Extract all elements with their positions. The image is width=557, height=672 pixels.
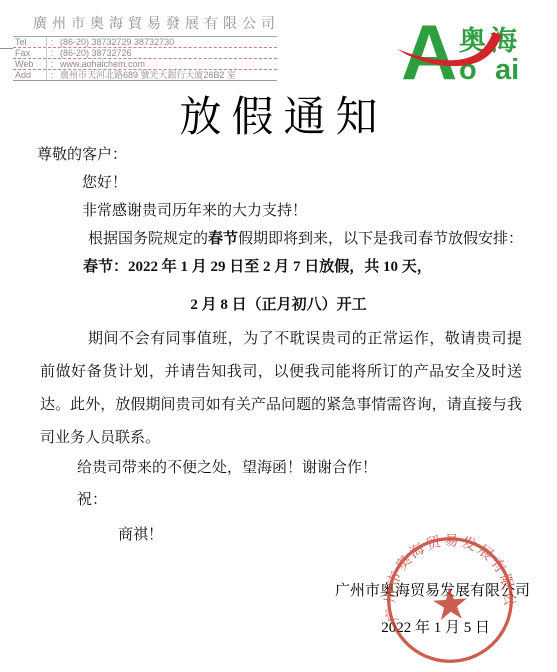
apology-line: 给贵司带来的不便之处，望海函！谢谢合作！	[77, 456, 377, 477]
notice-title: 放假通知	[0, 84, 557, 144]
notice-paragraph: 期间不会有同事值班，为了不耽误贵司的正常运作，敬请贵司提前做好备货计划，并请告知…	[40, 323, 522, 455]
logo-letter-a: A	[401, 8, 457, 89]
colon: :	[47, 37, 57, 47]
contact-row-fax: Fax : (86-20) 38732726	[13, 48, 277, 59]
company-seal-stamp-icon: 广州市奥海贸易发展有限公司 ★	[378, 528, 521, 671]
colon: :	[47, 48, 57, 58]
contact-table: Tel : (86-20) 38732729 38732730 Fax : (8…	[13, 36, 277, 81]
tel-value: (86-20) 38732729 38732730	[57, 37, 277, 47]
web-value: www.aohaichem.com	[57, 59, 277, 69]
greeting-line: 您好！	[82, 171, 127, 192]
thanks-line: 非常感谢贵司历年来的大力支持！	[82, 199, 307, 220]
seal-arc-text: 广州市奥海贸易发展有限公司	[378, 528, 519, 624]
add-label: Add	[13, 70, 47, 80]
contact-row-add: Add : 廣州市天河北路689 號光大銀行大廈26B2 室	[13, 70, 277, 81]
letterhead-company-name: 廣州市奧海貿易發展有限公司	[33, 13, 280, 33]
salutation-line: 尊敬的客户：	[37, 143, 127, 164]
contact-row-web: Web : www.aohaichem.com	[13, 59, 277, 70]
intro-suffix: 假期即将到来，以下是我司春节放假安排：	[238, 231, 523, 247]
page-margin-mark	[0, 48, 13, 49]
holiday-dates-line: 春节：2022 年 1 月 29 日至 2 月 7 日放假，共 10 天，	[83, 255, 432, 276]
signature-date: 2022 年 1 月 5 日	[381, 616, 490, 637]
signature-company-name: 广州市奥海贸易发展有限公司	[335, 579, 530, 600]
fax-value: (86-20) 38732726	[57, 48, 277, 58]
colon: :	[47, 70, 57, 80]
tel-label: Tel	[13, 37, 47, 47]
colon: :	[47, 59, 57, 69]
add-value: 廣州市天河北路689 號光大銀行大廈26B2 室	[57, 70, 277, 80]
wish-label-line: 祝：	[77, 488, 107, 509]
intro-line: 根据国务院规定的春节假期即将到来，以下是我司春节放假安排：	[88, 227, 523, 248]
wish-line: 商祺！	[118, 523, 163, 544]
web-label: Web	[13, 59, 47, 69]
work-resume-line: 2 月 8 日（正月初八）开工	[0, 293, 557, 314]
aohai-logo-icon: A 奥海 o ai	[395, 5, 557, 89]
contact-row-tel: Tel : (86-20) 38732729 38732730	[13, 37, 277, 48]
logo-word-right: ai	[495, 54, 519, 86]
svg-text:广州市奥海贸易发展有限公司: 广州市奥海贸易发展有限公司	[378, 528, 519, 624]
intro-bold-spring-festival: 春节	[208, 231, 238, 247]
intro-prefix: 根据国务院规定的	[88, 231, 208, 247]
holiday-notice-letter: 廣州市奧海貿易發展有限公司 Tel : (86-20) 38732729 387…	[0, 0, 557, 672]
fax-label: Fax	[13, 48, 47, 58]
